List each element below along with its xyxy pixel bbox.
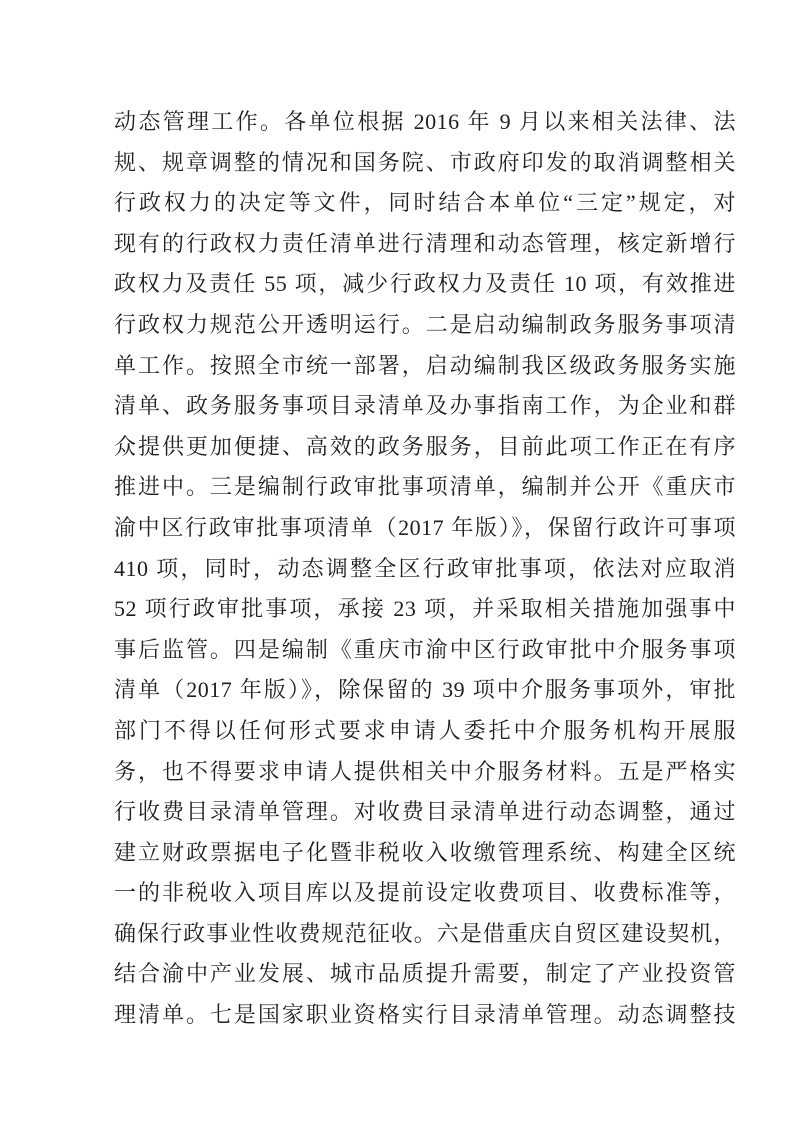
- text-line: 一的非税收入项目库以及提前设定收费项目、收费标准等，: [114, 873, 736, 914]
- text-line: 现有的行政权力责任清单进行清理和动态管理，核定新增行: [114, 224, 736, 265]
- text-line: 行收费目录清单管理。对收费目录清单进行动态调整，通过: [114, 792, 736, 833]
- body-text: 动态管理工作。各单位根据 2016 年 9 月以来相关法律、法 规、规章调整的情…: [114, 102, 736, 1036]
- text-line: 推进中。三是编制行政审批事项清单，编制并公开《重庆市: [114, 467, 736, 508]
- document-page: 动态管理工作。各单位根据 2016 年 9 月以来相关法律、法 规、规章调整的情…: [0, 0, 793, 1122]
- text-line: 行政权力的决定等文件，同时结合本单位“三定”规定，对: [114, 183, 736, 224]
- text-line: 建立财政票据电子化暨非税收入收缴管理系统、构建全区统: [114, 833, 736, 874]
- text-line: 单工作。按照全市统一部署，启动编制我区级政务服务实施: [114, 346, 736, 387]
- text-line: 规、规章调整的情况和国务院、市政府印发的取消调整相关: [114, 143, 736, 184]
- text-line: 动态管理工作。各单位根据 2016 年 9 月以来相关法律、法: [114, 102, 736, 143]
- text-line: 政权力及责任 55 项，减少行政权力及责任 10 项，有效推进: [114, 264, 736, 305]
- text-line: 清单、政务服务事项目录清单及办事指南工作，为企业和群: [114, 386, 736, 427]
- text-line: 部门不得以任何形式要求申请人委托中介服务机构开展服: [114, 711, 736, 752]
- text-line: 确保行政事业性收费规范征收。六是借重庆自贸区建设契机，: [114, 914, 736, 955]
- text-line: 行政权力规范公开透明运行。二是启动编制政务服务事项清: [114, 305, 736, 346]
- text-line: 务，也不得要求申请人提供相关中介服务材料。五是严格实: [114, 752, 736, 793]
- text-line: 52 项行政审批事项，承接 23 项，并采取相关措施加强事中: [114, 589, 736, 630]
- text-line: 众提供更加便捷、高效的政务服务，目前此项工作正在有序: [114, 427, 736, 468]
- text-line: 理清单。七是国家职业资格实行目录清单管理。动态调整技: [114, 995, 736, 1036]
- text-line: 事后监管。四是编制《重庆市渝中区行政审批中介服务事项: [114, 630, 736, 671]
- text-line: 410 项，同时，动态调整全区行政审批事项，依法对应取消: [114, 549, 736, 590]
- text-line: 渝中区行政审批事项清单（2017 年版）》，保留行政许可事项: [114, 508, 736, 549]
- text-line: 清单（2017 年版）》，除保留的 39 项中介服务事项外，审批: [114, 670, 736, 711]
- text-line: 结合渝中产业发展、城市品质提升需要，制定了产业投资管: [114, 954, 736, 995]
